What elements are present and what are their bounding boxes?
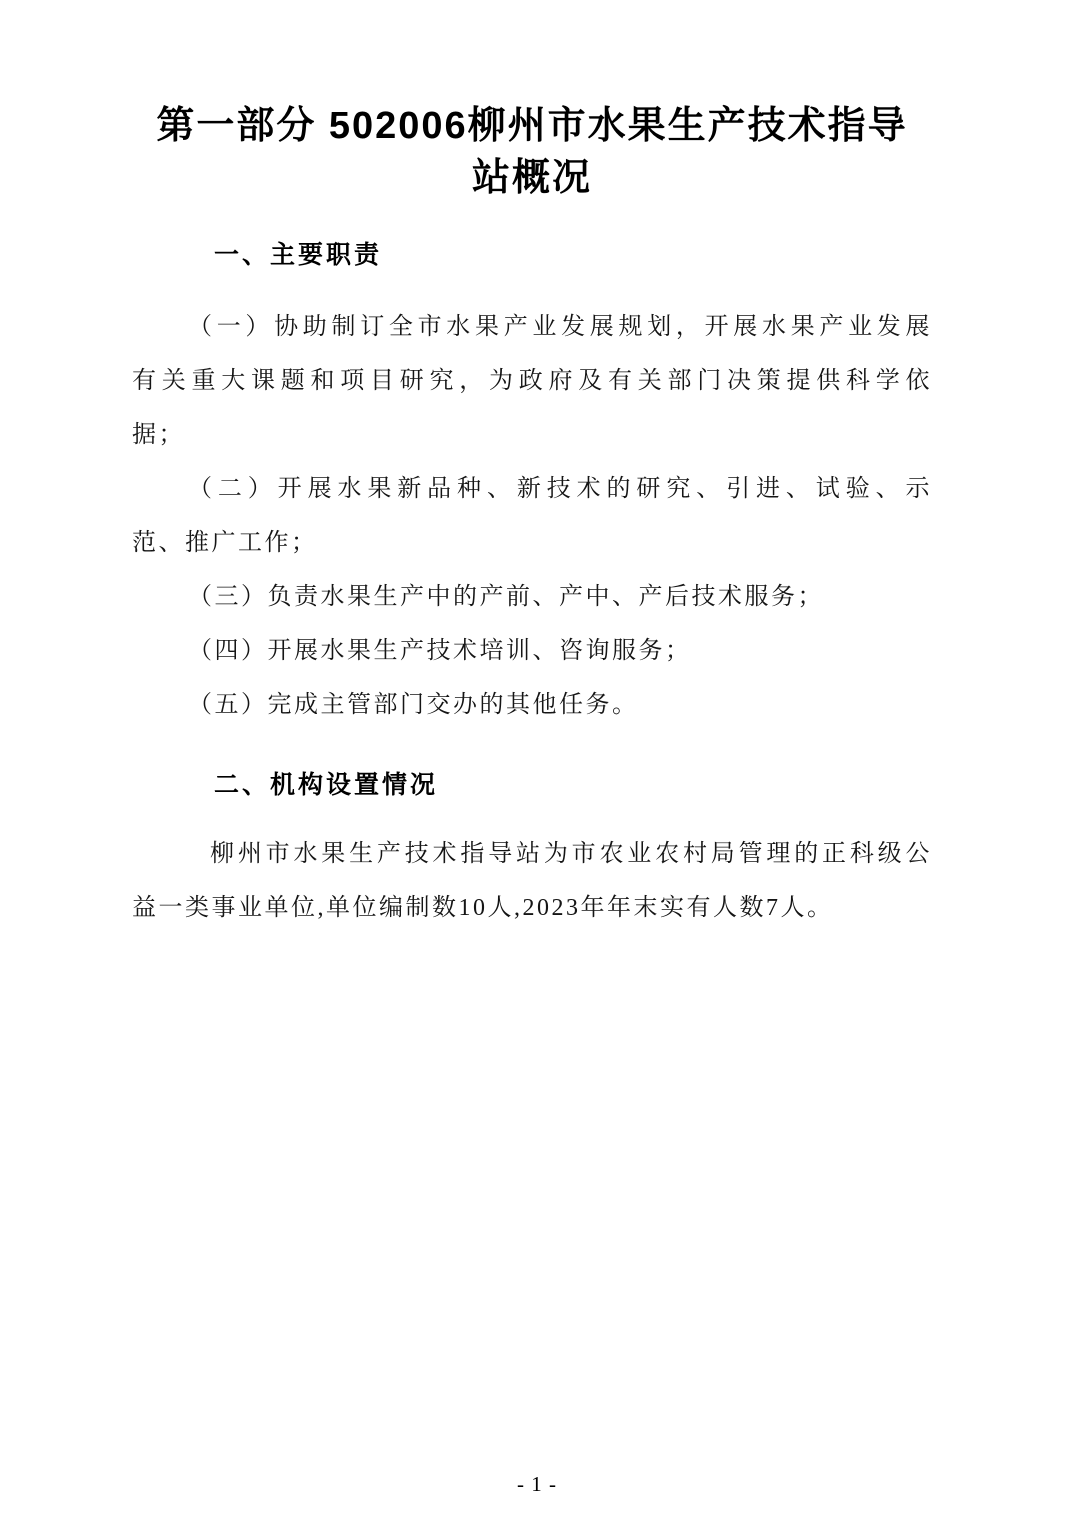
- paragraph-line: （一）协助制订全市水果产业发展规划，开展水果产业发展: [132, 300, 932, 354]
- paragraph-line: （三）负责水果生产中的产前、产中、产后技术服务；: [132, 570, 932, 624]
- document-title-line-2: 站概况: [132, 152, 932, 204]
- paragraph-duty-4: （四）开展水果生产技术培训、咨询服务；: [132, 624, 932, 678]
- paragraph-duty-5: （五）完成主管部门交办的其他任务。: [132, 678, 932, 732]
- page-number: - 1 -: [0, 1472, 1074, 1497]
- paragraph-duty-1: （一）协助制订全市水果产业发展规划，开展水果产业发展 有关重大课题和项目研究，为…: [132, 300, 932, 462]
- document-title: 第一部分 502006柳州市水果生产技术指导 站概况: [132, 100, 932, 204]
- document-title-line-1: 第一部分 502006柳州市水果生产技术指导: [132, 100, 932, 152]
- section-heading-organization: 二、机构设置情况: [132, 768, 932, 802]
- paragraph-line: 范、推广工作；: [132, 516, 932, 570]
- paragraph-duty-3: （三）负责水果生产中的产前、产中、产后技术服务；: [132, 570, 932, 624]
- paragraph-organization: 柳州市水果生产技术指导站为市农业农村局管理的正科级公 益一类事业单位,单位编制数…: [132, 827, 932, 935]
- paragraph-line: （二）开展水果新品种、新技术的研究、引进、试验、示: [132, 462, 932, 516]
- paragraph-line: 据；: [132, 408, 932, 462]
- paragraph-line: （五）完成主管部门交办的其他任务。: [132, 678, 932, 732]
- document-content: 第一部分 502006柳州市水果生产技术指导 站概况 一、主要职责 （一）协助制…: [0, 0, 1074, 935]
- section-heading-main-duties: 一、主要职责: [132, 238, 932, 272]
- paragraph-line: （四）开展水果生产技术培训、咨询服务；: [132, 624, 932, 678]
- paragraph-line: 有关重大课题和项目研究，为政府及有关部门决策提供科学依: [132, 354, 932, 408]
- paragraph-line: 益一类事业单位,单位编制数10人,2023年年末实有人数7人。: [132, 881, 932, 935]
- paragraph-duty-2: （二）开展水果新品种、新技术的研究、引进、试验、示 范、推广工作；: [132, 462, 932, 570]
- paragraph-line: 柳州市水果生产技术指导站为市农业农村局管理的正科级公: [132, 827, 932, 881]
- document-page: 第一部分 502006柳州市水果生产技术指导 站概况 一、主要职责 （一）协助制…: [0, 0, 1074, 1520]
